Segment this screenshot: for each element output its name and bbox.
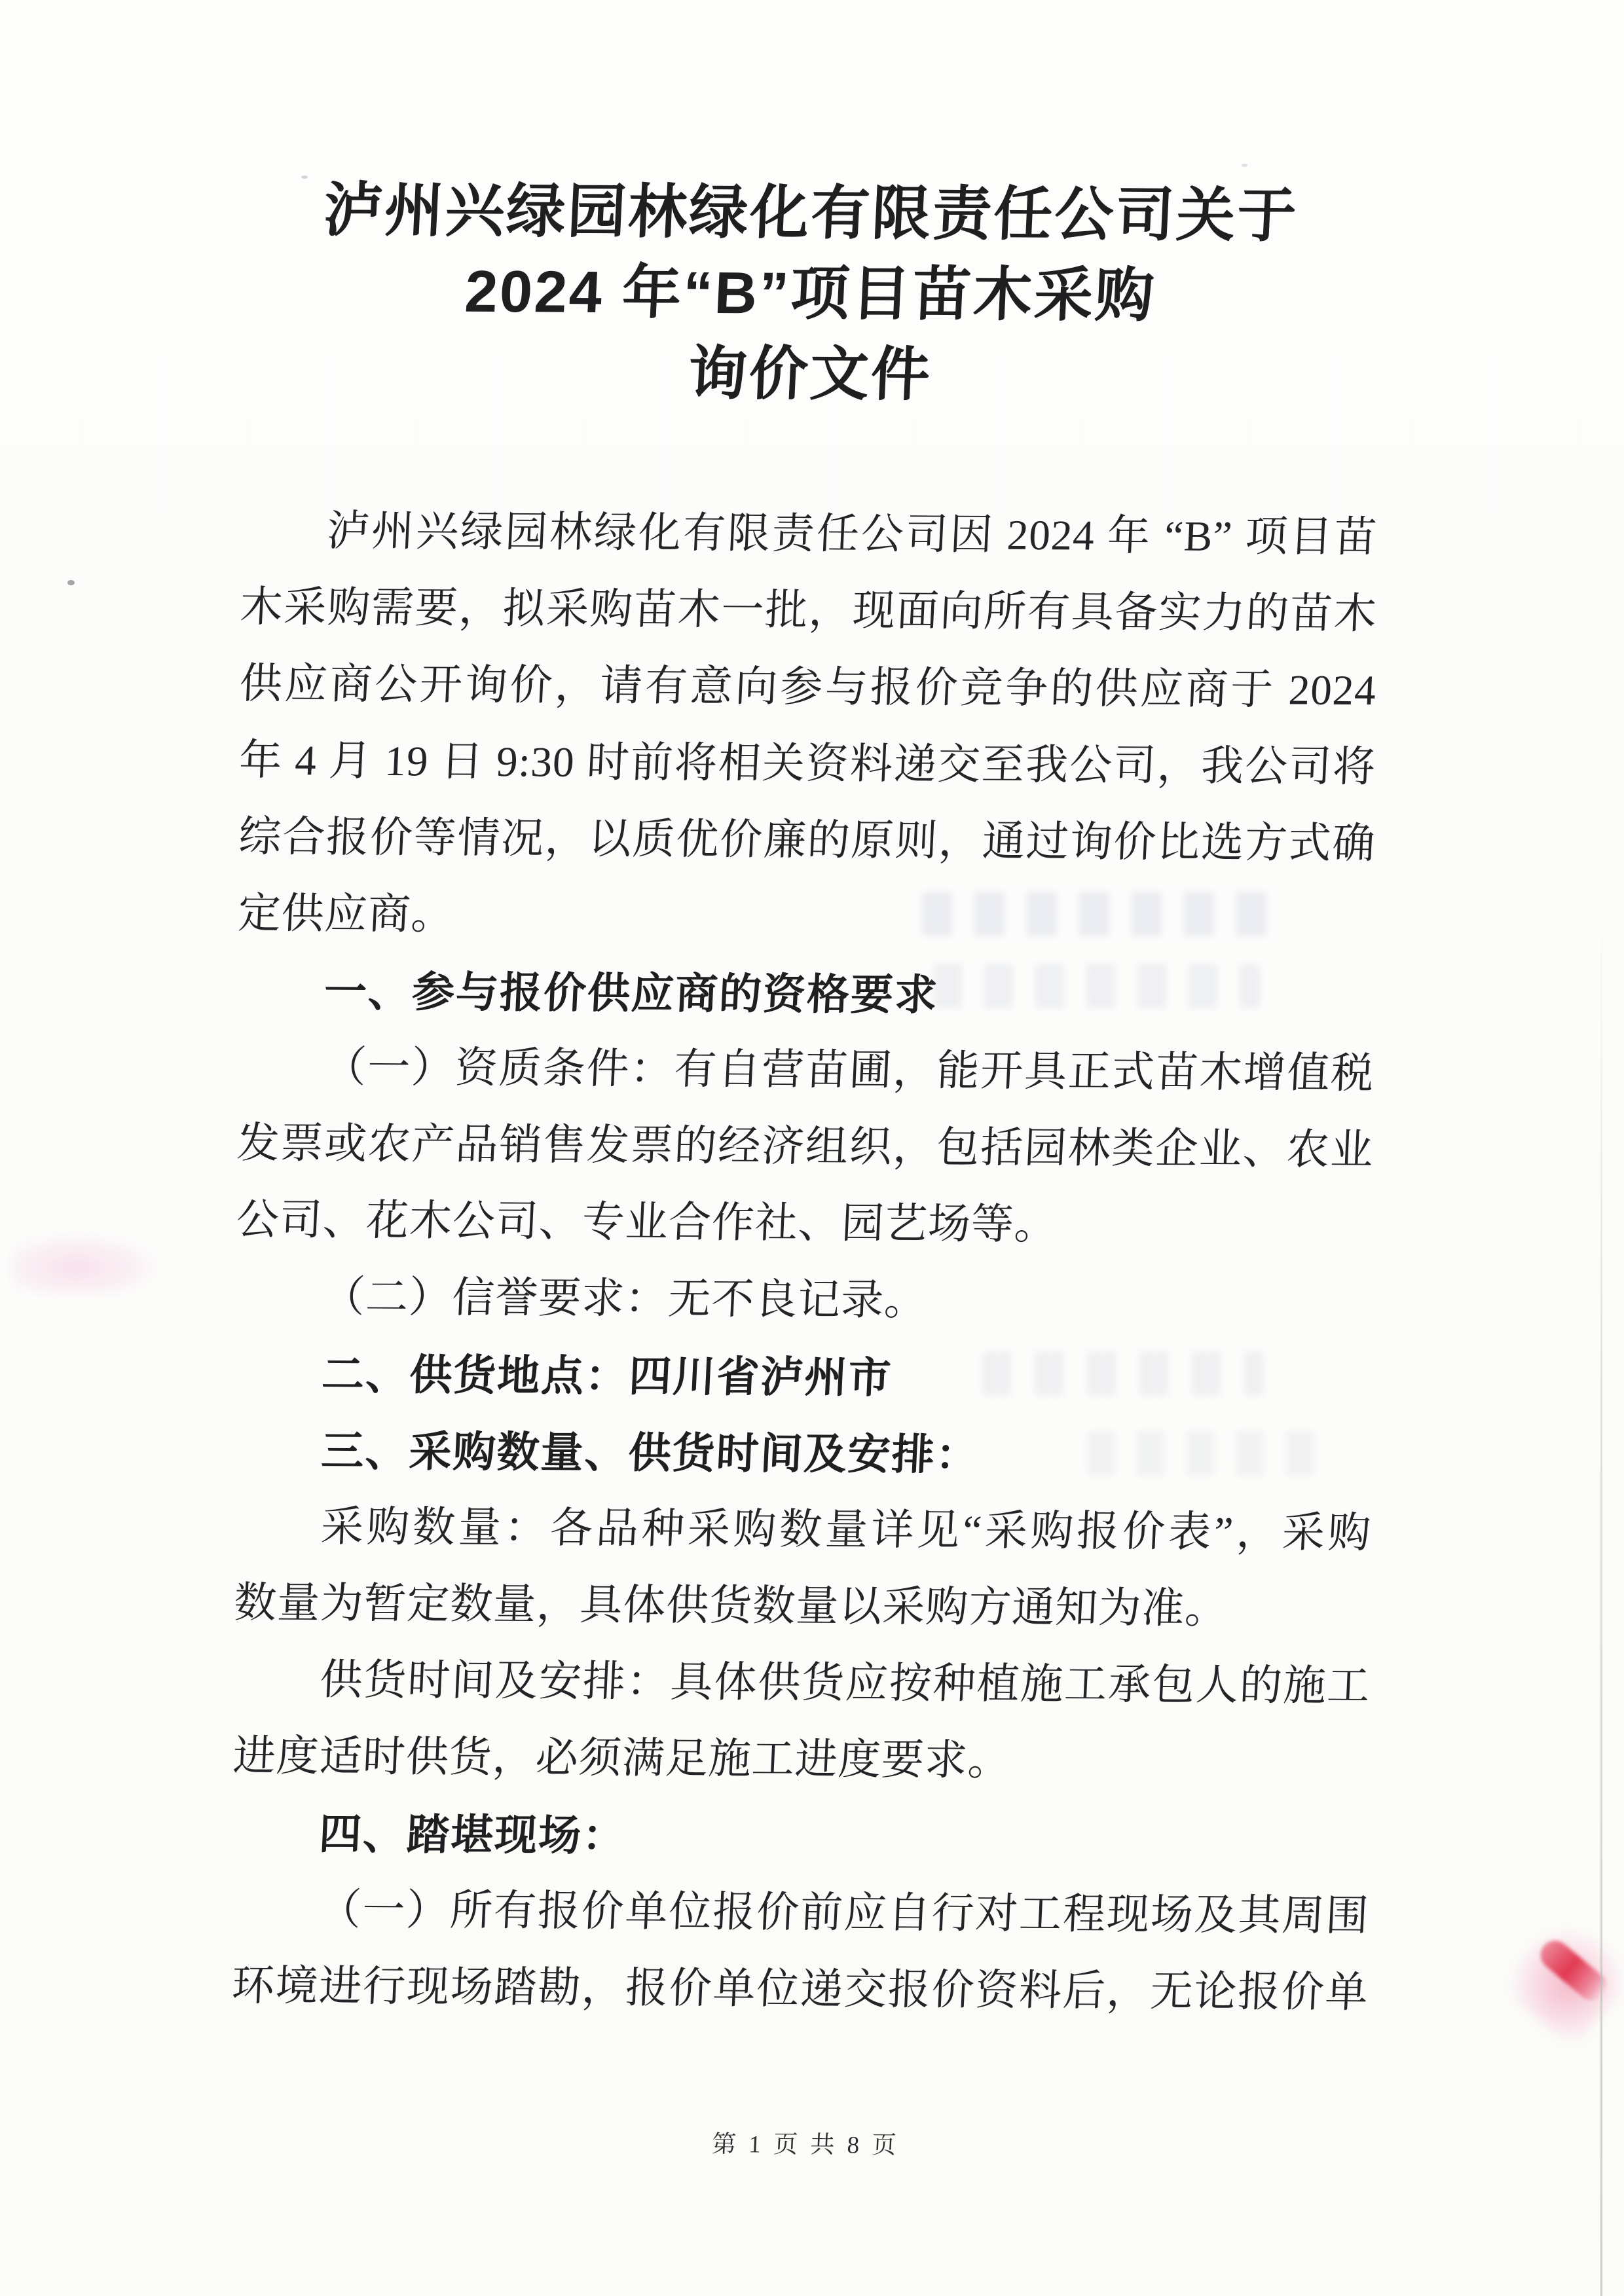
document-title-line-3: 询价文件 — [240, 331, 1380, 419]
scan-speck — [301, 175, 308, 179]
body-line-16: 供货时间及安排：具体供货应按种植施工承包人的施工 — [232, 1642, 1372, 1726]
scan-edge-shadow — [1600, 884, 1602, 2296]
scanned-document-page: 泸州兴绿园林绿化有限责任公司关于 2024 年“B”项目苗木采购 询价文件 泸州… — [0, 0, 1624, 2296]
body-line-19: （一）所有报价单位报价前应自行对工程现场及其周围 — [231, 1872, 1371, 1956]
bleedthrough-ghost-text — [1087, 1431, 1336, 1476]
document-content: 泸州兴绿园林绿化有限责任公司关于 2024 年“B”项目苗木采购 询价文件 泸州… — [0, 0, 1624, 2296]
body-line-11: （二）信誉要求：无不良记录。 — [234, 1259, 1374, 1343]
body-line-1: 泸州兴绿园林绿化有限责任公司因 2024 年 “B” 项目苗 — [239, 493, 1379, 577]
body-line-10: 公司、花木公司、专业合作社、园艺场等。 — [234, 1182, 1375, 1266]
page-number-footer: 第 1 页 共 8 页 — [0, 2124, 1618, 2166]
document-body: 泸州兴绿园林绿化有限责任公司因 2024 年 “B” 项目苗 木采购需要，拟采购… — [231, 493, 1377, 2032]
bleedthrough-ghost-text — [982, 1351, 1264, 1396]
pink-ink-smudge — [12, 1235, 156, 1294]
body-line-2: 木采购需要，拟采购苗木一批，现面向所有具备实力的苗木 — [238, 570, 1378, 653]
body-line-3: 供应商公开询价，请有意向参与报价竞争的供应商于 2024 — [238, 646, 1378, 730]
body-heading-4: 四、踏堪现场： — [231, 1795, 1371, 1879]
bleedthrough-ghost-text — [933, 964, 1261, 1008]
document-title-line-1: 泸州兴绿园林绿化有限责任公司关于 — [240, 170, 1381, 258]
body-line-8: （一）资质条件：有自营苗圃，能开具正式苗木增值税 — [236, 1029, 1376, 1113]
scan-speck — [1242, 164, 1247, 167]
document-title-line-2: 2024 年“B”项目苗木采购 — [240, 251, 1381, 338]
bleedthrough-ghost-text — [922, 892, 1289, 936]
body-line-5: 综合报价等情况，以质优价廉的原则，通过询价比选方式确 — [237, 799, 1377, 883]
body-line-17: 进度适时供货，必须满足施工进度要求。 — [231, 1719, 1371, 1802]
body-line-4: 年 4 月 19 日 9:30 时前将相关资料递交至我公司，我公司将 — [237, 723, 1377, 807]
scan-speck — [67, 580, 75, 585]
body-line-20: 环境进行现场踏勘，报价单位递交报价资料后，无论报价单 — [230, 1948, 1370, 2032]
body-line-14: 采购数量：各品种采购数量详见“采购报价表”，采购 — [232, 1489, 1373, 1573]
body-line-9: 发票或农产品销售发票的经济组织，包括园林类企业、农业 — [235, 1106, 1375, 1190]
body-line-15: 数量为暂定数量，具体供货数量以采购方通知为准。 — [232, 1565, 1373, 1649]
document-title: 泸州兴绿园林绿化有限责任公司关于 2024 年“B”项目苗木采购 询价文件 — [241, 170, 1379, 419]
